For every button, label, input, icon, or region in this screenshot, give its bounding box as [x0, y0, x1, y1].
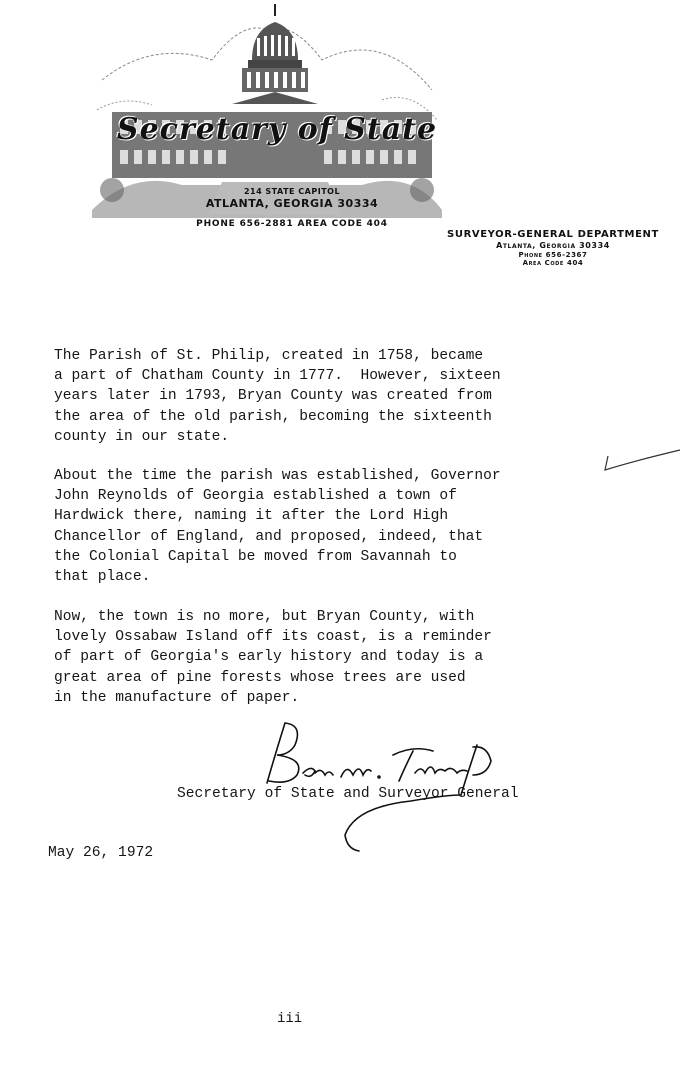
- letterhead-phone: PHONE 656-2881 AREA CODE 404: [142, 219, 442, 229]
- department-phone: Phone 656-2367: [430, 251, 676, 259]
- letterhead-address-line1: 214 STATE CAPITOL: [212, 187, 372, 196]
- paragraph-3: Now, the town is no more, but Bryan Coun…: [54, 607, 492, 708]
- letterhead-address-line2: ATLANTA, GEORGIA 30334: [172, 197, 412, 210]
- department-area-code: Area Code 404: [430, 259, 676, 267]
- department-header: SURVEYOR-GENERAL DEPARTMENT Atlanta, Geo…: [430, 229, 676, 267]
- page-number: iii: [277, 1011, 302, 1027]
- signatory-title: Secretary of State and Surveyor General: [177, 786, 519, 802]
- paragraph-2: About the time the parish was establishe…: [54, 466, 501, 587]
- check-mark-icon: [600, 448, 683, 493]
- letterhead: Secretary of State 214 STATE CAPITOL ATL…: [92, 0, 442, 232]
- department-name: SURVEYOR-GENERAL DEPARTMENT: [430, 229, 676, 240]
- letter-date: May 26, 1972: [48, 845, 153, 861]
- department-city: Atlanta, Georgia 30334: [430, 241, 676, 250]
- letterhead-title: Secretary of State: [112, 112, 442, 147]
- paragraph-1: The Parish of St. Philip, created in 175…: [54, 346, 501, 447]
- signature-icon: [255, 715, 515, 855]
